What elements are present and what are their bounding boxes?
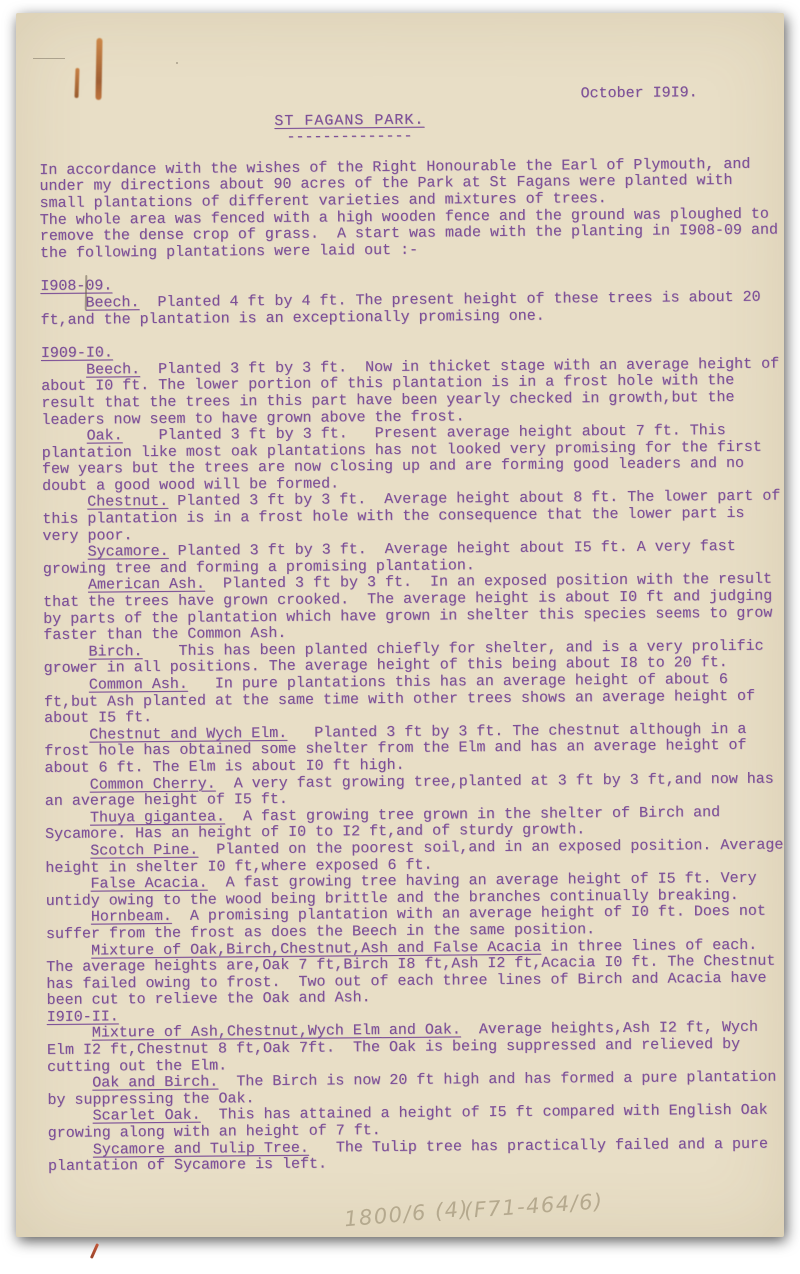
plantation-entry: Mixture of Oak,Birch,Chestnut,Ash and Fa… [46, 937, 784, 1010]
photo-backdrop: { "document": { "date": "October I9I9.",… [0, 0, 800, 1274]
species-name: Sycamore. [88, 543, 169, 561]
plantation-entry: Mixture of Ash,Chestnut,Wych Elm and Oak… [47, 1020, 784, 1076]
plantation-entry: Beech. Planted 4 ft by 4 ft. The present… [40, 289, 781, 329]
plantation-entry: Common Ash. In pure plantations this has… [44, 672, 784, 728]
entry-description: Planted 3 ft by 3 ft. Now in thicket sta… [41, 355, 784, 428]
species-name: Beech. [85, 294, 139, 311]
intro-paragraph: In accordance with the wishes of the Rig… [39, 156, 780, 212]
species-name: Thuya gigantea. [90, 808, 225, 826]
species-name: Scotch Pine. [90, 842, 198, 860]
plantation-entry: Chestnut. Planted 3 ft by 3 ft. Average … [42, 489, 783, 545]
season-year-label: I908-09. [40, 278, 112, 296]
document-page: October I9I9. ST FAGANS PARK. ----------… [16, 13, 784, 1237]
season-section: I909-I0.Beech. Planted 3 ft by 3 ft. Now… [41, 340, 784, 1010]
plantation-entry: Oak. Planted 3 ft by 3 ft. Present avera… [42, 423, 784, 496]
typed-text-layer: October I9I9. ST FAGANS PARK. ----------… [38, 13, 784, 1176]
species-name: Scarlet Oak. [92, 1107, 200, 1125]
plantation-entry: Sycamore and Tulip Tree. The Tulip tree … [48, 1136, 784, 1176]
species-name: American Ash. [88, 576, 205, 594]
plantation-entry: American Ash. Planted 3 ft by 3 ft. In a… [43, 572, 784, 645]
entry-description: Planted 3 ft by 3 ft. Present average he… [42, 422, 771, 495]
season-year-label: I909-I0. [41, 345, 113, 363]
species-name: Common Ash. [89, 676, 188, 694]
species-name: Oak and Birch. [92, 1074, 218, 1092]
species-name: Hornbeam. [91, 908, 172, 926]
pencil-line [33, 58, 65, 59]
intro-paragraph: The whole area was fenced with a high wo… [40, 206, 781, 262]
season-section: I908-09.Beech. Planted 4 ft by 4 ft. The… [40, 273, 781, 329]
season-year-label: I9I0-II. [47, 1008, 119, 1026]
rust-stain [95, 38, 102, 100]
species-name: False Acacia. [90, 875, 207, 893]
species-name: Common Cherry. [90, 775, 216, 793]
plantation-entry: Chestnut and Wych Elm. Planted 3 ft by 3… [44, 721, 784, 777]
document-date: October I9I9. [39, 85, 780, 108]
entry-description: Planted 4 ft by 4 ft. The present height… [41, 289, 770, 329]
intro: In accordance with the wishes of the Rig… [39, 156, 781, 262]
season-section: I9I0-II.Mixture of Ash,Chestnut,Wych Elm… [47, 1003, 784, 1175]
species-name: Beech. [86, 361, 140, 378]
pencil-dot [176, 62, 178, 64]
plantation-entry: Beech. Planted 3 ft by 3 ft. Now in thic… [41, 356, 783, 429]
species-name: Chestnut. [87, 493, 168, 511]
species-name: Oak. [87, 427, 123, 444]
red-ink-mark [90, 1243, 99, 1259]
sections: I908-09.Beech. Planted 4 ft by 4 ft. The… [40, 273, 784, 1176]
species-name: Birch. [88, 643, 142, 660]
